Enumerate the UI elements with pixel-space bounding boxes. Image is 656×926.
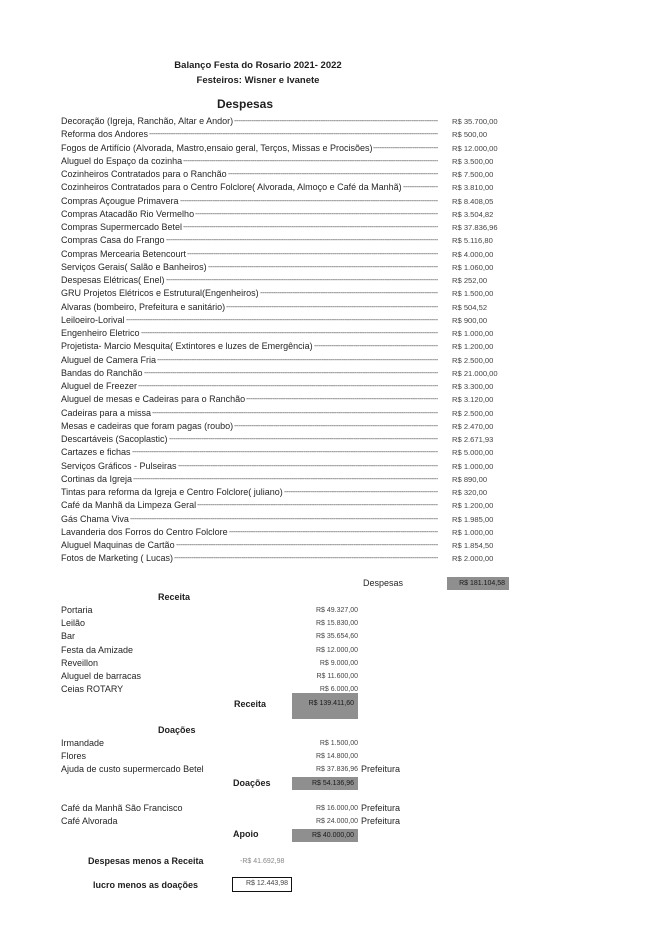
- expense-value: R$ 252,00: [452, 276, 487, 285]
- expense-label: Cadeiras para a missa: [61, 408, 151, 418]
- expense-row: Cortinas da Igreja----------------------…: [61, 474, 531, 487]
- expense-row: Tintas para reforma da Igreja e Centro F…: [61, 487, 531, 500]
- expenses-minus-revenue-label: Despesas menos a Receita: [88, 856, 204, 866]
- expense-label: Cartazes e fichas: [61, 447, 131, 457]
- expense-label: Alvaras (bombeiro, Prefeitura e sanitári…: [61, 302, 225, 312]
- profit-minus-donations-label: lucro menos as doações: [93, 880, 198, 890]
- leader-dashes: ----------------------------------------…: [246, 394, 438, 403]
- expenses-total-label: Despesas: [363, 578, 403, 588]
- revenue-label: Leilão: [61, 618, 85, 628]
- support-total-label: Apoio: [233, 829, 259, 839]
- donation-value: R$ 14.800,00: [316, 753, 358, 760]
- donations-total-value: R$ 54.136,96: [292, 777, 358, 790]
- expense-label: Aluguel do Espaço da cozinha: [61, 156, 182, 166]
- expense-label: Aluguel Maquinas de Cartão: [61, 540, 175, 550]
- expense-row: Mesas e cadeiras que foram pagas (roubo)…: [61, 421, 531, 434]
- expense-row: Aluguel de Camera Fria------------------…: [61, 355, 531, 368]
- expenses-minus-revenue-value: -R$ 41.692,98: [240, 858, 284, 865]
- expense-value: R$ 2.671,93: [452, 435, 493, 444]
- expense-value: R$ 5.000,00: [452, 448, 493, 457]
- expense-value: R$ 320,00: [452, 488, 487, 497]
- expense-label: Lavanderia dos Forros do Centro Folclore: [61, 527, 228, 537]
- expense-row: Cozinheiros Contratados para o Centro Fo…: [61, 182, 531, 195]
- expense-label: Leiloeiro-Lorival: [61, 315, 125, 325]
- leader-dashes: ----------------------------------------…: [234, 421, 438, 430]
- expense-label: Fotos de Marketing ( Lucas): [61, 553, 173, 563]
- expense-value: R$ 1.000,00: [452, 329, 493, 338]
- expense-label: Compras Açougue Primavera: [61, 196, 179, 206]
- leader-dashes: ----------------------------------------…: [195, 209, 438, 218]
- expense-row: Compras Atacadão Rio Vermelho-----------…: [61, 209, 531, 222]
- leader-dashes: ----------------------------------------…: [144, 368, 438, 377]
- expense-row: Descartáveis (Sacoplastic)--------------…: [61, 434, 531, 447]
- leader-dashes: ----------------------------------------…: [183, 156, 438, 165]
- expense-value: R$ 3.500,00: [452, 157, 493, 166]
- leader-dashes: ----------------------------------------…: [176, 540, 438, 549]
- leader-dashes: ----------------------------------------…: [133, 474, 438, 483]
- expense-label: Engenheiro Eletrico: [61, 328, 140, 338]
- expense-value: R$ 2.470,00: [452, 422, 493, 431]
- donation-value: R$ 1.500,00: [320, 740, 358, 747]
- expense-row: Alvaras (bombeiro, Prefeitura e sanitári…: [61, 302, 531, 315]
- expense-row: Café da Manhã da Limpeza Geral----------…: [61, 500, 531, 513]
- support-note: Prefeitura: [361, 816, 400, 826]
- leader-dashes: ----------------------------------------…: [157, 355, 438, 364]
- revenue-value: R$ 49.327,00: [316, 607, 358, 614]
- leader-dashes: ----------------------------------------…: [132, 447, 438, 456]
- expense-value: R$ 1.200,00: [452, 501, 493, 510]
- donations-total-label: Doações: [233, 778, 271, 788]
- revenue-value: R$ 15.830,00: [316, 620, 358, 627]
- expense-value: R$ 8.408,05: [452, 197, 493, 206]
- leader-dashes: ----------------------------------------…: [284, 487, 438, 496]
- expense-label: Descartáveis (Sacoplastic): [61, 434, 168, 444]
- expense-label: Aluguel de Camera Fria: [61, 355, 156, 365]
- leader-dashes: ----------------------------------------…: [178, 461, 438, 470]
- expense-row: Cozinheiros Contratados para o Ranchão--…: [61, 169, 531, 182]
- expense-value: R$ 2.500,00: [452, 356, 493, 365]
- leader-dashes: ----------------------------------------…: [208, 262, 438, 271]
- expense-row: Bandas do Ranchão-----------------------…: [61, 368, 531, 381]
- expense-label: Cozinheiros Contratados para o Ranchão: [61, 169, 227, 179]
- support-value: R$ 16.000,00: [316, 805, 358, 812]
- leader-dashes: ----------------------------------------…: [260, 288, 438, 297]
- leader-dashes: ----------------------------------------…: [126, 315, 438, 324]
- revenue-label: Ceias ROTARY: [61, 684, 123, 694]
- expense-label: Aluguel de Freezer: [61, 381, 137, 391]
- expense-row: Serviços Gerais( Salão e Banheiros)-----…: [61, 262, 531, 275]
- support-label: Café da Manhã São Francisco: [61, 803, 183, 813]
- donation-label: Ajuda de custo supermercado Betel: [61, 764, 204, 774]
- revenue-value: R$ 11.600,00: [316, 673, 358, 680]
- leader-dashes: ----------------------------------------…: [180, 196, 438, 205]
- expense-label: Mesas e cadeiras que foram pagas (roubo): [61, 421, 233, 431]
- expense-row: Cadeiras para a missa ------------------…: [61, 408, 531, 421]
- expense-value: R$ 35.700,00: [452, 117, 498, 126]
- expense-label: Compras Atacadão Rio Vermelho: [61, 209, 194, 219]
- revenue-value: R$ 9.000,00: [320, 660, 358, 667]
- expense-value: R$ 504,52: [452, 303, 487, 312]
- revenue-heading: Receita: [158, 592, 190, 602]
- expense-label: Compras Casa do Frango: [61, 235, 165, 245]
- leader-dashes: ----------------------------------------…: [183, 222, 438, 231]
- expense-label: Cortinas da Igreja: [61, 474, 132, 484]
- leader-dashes: ----------------------------------------…: [234, 116, 438, 125]
- expense-row: Fogos de Artifício (Alvorada, Mastro,ens…: [61, 143, 531, 156]
- expenses-total-value: R$ 181.104,58: [447, 577, 509, 590]
- donation-note: Prefeitura: [361, 764, 400, 774]
- support-value: R$ 24.000,00: [316, 818, 358, 825]
- leader-dashes: ----------------------------------------…: [169, 434, 438, 443]
- leader-dashes: ----------------------------------------…: [141, 328, 438, 337]
- leader-dashes: ----------------------------------------…: [314, 341, 438, 350]
- expense-row: Compras Casa do Frango------------------…: [61, 235, 531, 248]
- expense-row: Lavanderia dos Forros do Centro Folclore…: [61, 527, 531, 540]
- expense-row: Cartazes e fichas-----------------------…: [61, 447, 531, 460]
- leader-dashes: ----------------------------------------…: [174, 553, 438, 562]
- expense-row: Aluguel do Espaço da cozinha------------…: [61, 156, 531, 169]
- expense-row: Serviços Gráficos - Pulseiras ----------…: [61, 461, 531, 474]
- donation-label: Flores: [61, 751, 86, 761]
- expense-value: R$ 500,00: [452, 130, 487, 139]
- leader-dashes: ----------------------------------------…: [187, 249, 438, 258]
- leader-dashes: ----------------------------------------…: [197, 500, 438, 509]
- revenue-value: R$ 12.000,00: [316, 647, 358, 654]
- revenue-label: Bar: [61, 631, 75, 641]
- expense-value: R$ 1.200,00: [452, 342, 493, 351]
- expense-value: R$ 2.000,00: [452, 554, 493, 563]
- leader-dashes: ----------------------------------------…: [149, 129, 438, 138]
- leader-dashes: ----------------------------------------…: [228, 169, 438, 178]
- expense-row: Leiloeiro-Lorival-----------------------…: [61, 315, 531, 328]
- donation-value: R$ 37.836,96: [316, 766, 358, 773]
- expense-row: Decoração (Igreja, Ranchão, Altar e Ando…: [61, 116, 531, 129]
- expense-value: R$ 1.854,50: [452, 541, 493, 550]
- expense-value: R$ 4.000,00: [452, 250, 493, 259]
- support-total-value: R$ 40.000,00: [292, 829, 358, 842]
- expense-row: Compras Mercearia Betencourt------------…: [61, 249, 531, 262]
- expense-value: R$ 3.300,00: [452, 382, 493, 391]
- leader-dashes: ----------------------------------------…: [130, 514, 438, 523]
- leader-dashes: ----------------------------------------…: [166, 275, 438, 284]
- expense-row: Gás Chama Viva--------------------------…: [61, 514, 531, 527]
- expense-value: R$ 3.120,00: [452, 395, 493, 404]
- leader-dashes: ----------------------------------------…: [373, 143, 438, 152]
- revenue-label: Portaria: [61, 605, 93, 615]
- expense-row: Engenheiro Eletrico---------------------…: [61, 328, 531, 341]
- expense-label: Reforma dos Andores: [61, 129, 148, 139]
- expense-label: Decoração (Igreja, Ranchão, Altar e Ando…: [61, 116, 233, 126]
- expense-row: Compras Supermercado Betel--------------…: [61, 222, 531, 235]
- expense-label: Aluguel de mesas e Cadeiras para o Ranch…: [61, 394, 245, 404]
- expense-row: Reforma dos Andores---------------------…: [61, 129, 531, 142]
- revenue-label: Reveillon: [61, 658, 98, 668]
- expense-row: Despesas Elétricas( Enel)---------------…: [61, 275, 531, 288]
- expense-value: R$ 2.500,00: [452, 409, 493, 418]
- expense-label: Gás Chama Viva: [61, 514, 129, 524]
- expense-row: Fotos de Marketing ( Lucas)-------------…: [61, 553, 531, 566]
- expense-value: R$ 3.810,00: [452, 183, 493, 192]
- expense-label: Serviços Gerais( Salão e Banheiros): [61, 262, 207, 272]
- expense-label: Compras Mercearia Betencourt: [61, 249, 186, 259]
- document-subtitle: Festeiros: Wisner e Ivanete: [0, 75, 586, 86]
- expense-row: Aluguel Maquinas de Cartão--------------…: [61, 540, 531, 553]
- expense-value: R$ 5.116,80: [452, 236, 493, 245]
- expense-label: Cozinheiros Contratados para o Centro Fo…: [61, 182, 402, 192]
- document-title: Balanço Festa do Rosario 2021- 2022: [0, 60, 586, 71]
- expense-label: Bandas do Ranchão: [61, 368, 143, 378]
- expense-label: GRU Projetos Elétricos e Estrutural(Enge…: [61, 288, 259, 298]
- expense-row: Projetista- Marcio Mesquita( Extintores …: [61, 341, 531, 354]
- donations-heading: Doações: [158, 725, 196, 735]
- leader-dashes: ----------------------------------------…: [229, 527, 438, 536]
- revenue-value: R$ 35.654,60: [316, 633, 358, 640]
- expense-label: Café da Manhã da Limpeza Geral: [61, 500, 196, 510]
- revenue-label: Festa da Amizade: [61, 645, 133, 655]
- profit-minus-donations-value: R$ 12.443,98: [232, 877, 292, 892]
- leader-dashes: ----------------------------------------…: [226, 302, 438, 311]
- expense-value: R$ 12.000,00: [452, 144, 498, 153]
- support-note: Prefeitura: [361, 803, 400, 813]
- expense-label: Serviços Gráficos - Pulseiras: [61, 461, 177, 471]
- expense-value: R$ 1.985,00: [452, 515, 493, 524]
- leader-dashes: ----------------------------------------…: [152, 408, 438, 417]
- donation-label: Irmandade: [61, 738, 104, 748]
- revenue-label: Aluguel de barracas: [61, 671, 141, 681]
- leader-dashes: ----------------------------------------…: [166, 235, 438, 244]
- expense-value: R$ 1.060,00: [452, 263, 493, 272]
- expense-value: R$ 37.836,96: [452, 223, 498, 232]
- expense-label: Fogos de Artifício (Alvorada, Mastro,ens…: [61, 143, 372, 153]
- expense-value: R$ 3.504,82: [452, 210, 493, 219]
- expense-label: Projetista- Marcio Mesquita( Extintores …: [61, 341, 313, 351]
- revenue-total-value: R$ 139.411,60: [292, 693, 358, 719]
- support-label: Café Alvorada: [61, 816, 118, 826]
- revenue-total-label: Receita: [234, 699, 266, 709]
- expense-row: Compras Açougue Primavera---------------…: [61, 196, 531, 209]
- expense-value: R$ 21.000,00: [452, 369, 498, 378]
- leader-dashes: ----------------------------------------…: [138, 381, 438, 390]
- expense-value: R$ 1.000,00: [452, 528, 493, 537]
- expenses-heading: Despesas: [0, 97, 573, 111]
- expense-value: R$ 890,00: [452, 475, 487, 484]
- leader-dashes: ----------------------------------------…: [403, 182, 438, 191]
- expense-value: R$ 7.500,00: [452, 170, 493, 179]
- expense-row: Aluguel de mesas e Cadeiras para o Ranch…: [61, 394, 531, 407]
- expense-row: Aluguel de Freezer----------------------…: [61, 381, 531, 394]
- expense-label: Despesas Elétricas( Enel): [61, 275, 165, 285]
- expense-row: GRU Projetos Elétricos e Estrutural(Enge…: [61, 288, 531, 301]
- expense-label: Compras Supermercado Betel: [61, 222, 182, 232]
- expense-label: Tintas para reforma da Igreja e Centro F…: [61, 487, 283, 497]
- expense-value: R$ 1.500,00: [452, 289, 493, 298]
- expense-value: R$ 1.000,00: [452, 462, 493, 471]
- expense-value: R$ 900,00: [452, 316, 487, 325]
